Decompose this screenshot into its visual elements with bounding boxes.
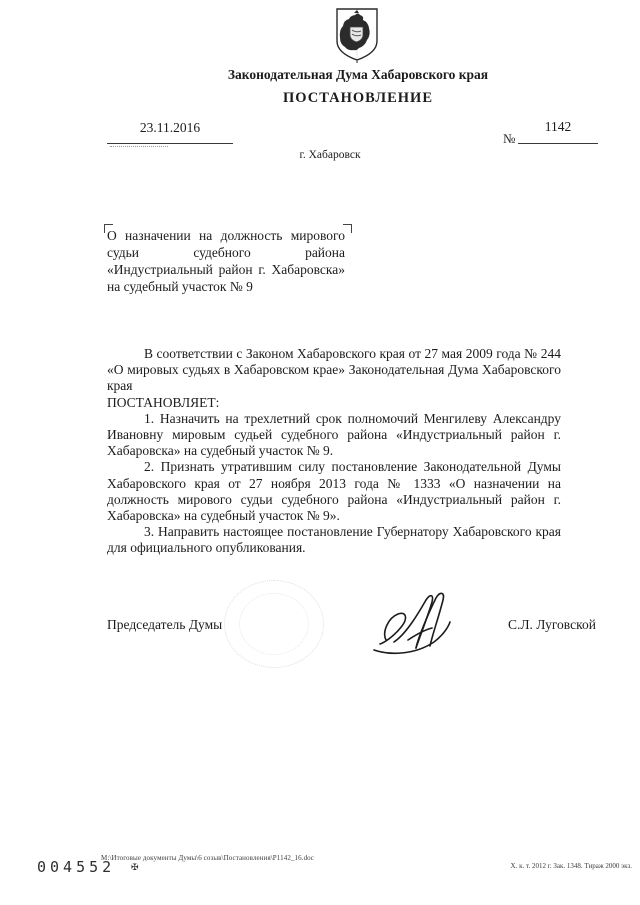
body-item-3: 3. Направить настоящее постановление Губ… (107, 524, 561, 556)
faint-stamp-circle (224, 580, 324, 668)
date-underline (107, 143, 233, 144)
coat-of-arms-icon (334, 7, 380, 63)
doc-type-title: ПОСТАНОВЛЕНИЕ (283, 90, 433, 106)
org-name: Законодательная Дума Хабаровского края (228, 67, 488, 82)
body-resolves: ПОСТАНОВЛЯЕТ: (107, 395, 561, 411)
handwritten-signature-icon (372, 584, 472, 662)
doc-city: г. Хабаровск (107, 149, 553, 161)
body-intro: В соответствии с Законом Хабаровского кр… (107, 346, 561, 395)
doc-date: 23.11.2016 (107, 120, 233, 136)
footer-cross-icon: ✠ (131, 862, 139, 873)
scan-artifact (110, 146, 168, 147)
number-underline (518, 143, 598, 144)
number-label: № (503, 131, 515, 147)
crop-mark-top-left (104, 224, 113, 233)
doc-subject: О назначении на должность мирового судьи… (107, 227, 345, 295)
crop-mark-top-right (343, 224, 352, 233)
body-item-1: 1. Назначить на трехлетний срок полномоч… (107, 411, 561, 460)
file-path: М:\Итоговые документы Думы\6 созыв\Поста… (101, 854, 401, 862)
doc-number: 1142 (518, 119, 598, 135)
doc-subject-text: О назначении на должность мирового судьи… (107, 228, 345, 294)
doc-body: В соответствии с Законом Хабаровского кр… (107, 346, 561, 557)
scanned-document-page: Законодательная Дума Хабаровского края П… (0, 0, 640, 905)
signer-title: Председатель Думы (107, 617, 222, 633)
faint-stamp-inner-circle (239, 593, 309, 655)
signer-name: С.Л. Луговской (508, 617, 596, 633)
body-item-2: 2. Признать утратившим силу постановлени… (107, 459, 561, 524)
print-info: Х. к. т. 2012 г. Зак. 1348. Тираж 2000 э… (360, 862, 632, 870)
header: Законодательная Дума Хабаровского края (40, 66, 640, 84)
